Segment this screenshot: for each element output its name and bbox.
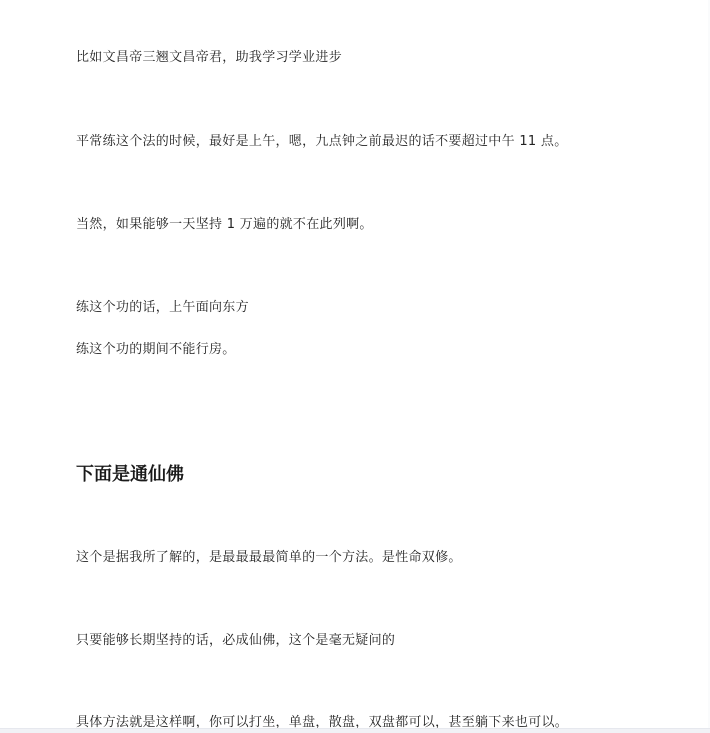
paragraph: 平常练这个法的时候，最好是上午，嗯，九点钟之前最迟的话不要超过中午 11 点。 [76,133,568,151]
paragraph: 练这个功的期间不能行房。 [76,341,236,359]
bottom-toolbar [0,728,710,733]
paragraph: 这个是据我所了解的，是最最最最简单的一个方法。是性命双修。 [76,549,462,567]
paragraph: 只要能够长期坚持的话，必成仙佛，这个是毫无疑问的 [76,632,395,650]
paragraph: 比如文昌帝三翘文昌帝君，助我学习学业进步 [76,49,342,67]
document-page: 比如文昌帝三翘文昌帝君，助我学习学业进步 平常练这个法的时候，最好是上午，嗯，九… [0,0,710,733]
paragraph: 练这个功的话，上午面向东方 [76,299,249,317]
section-heading: 下面是通仙佛 [76,463,184,487]
paragraph: 当然，如果能够一天坚持 1 万遍的就不在此列啊。 [76,216,373,234]
